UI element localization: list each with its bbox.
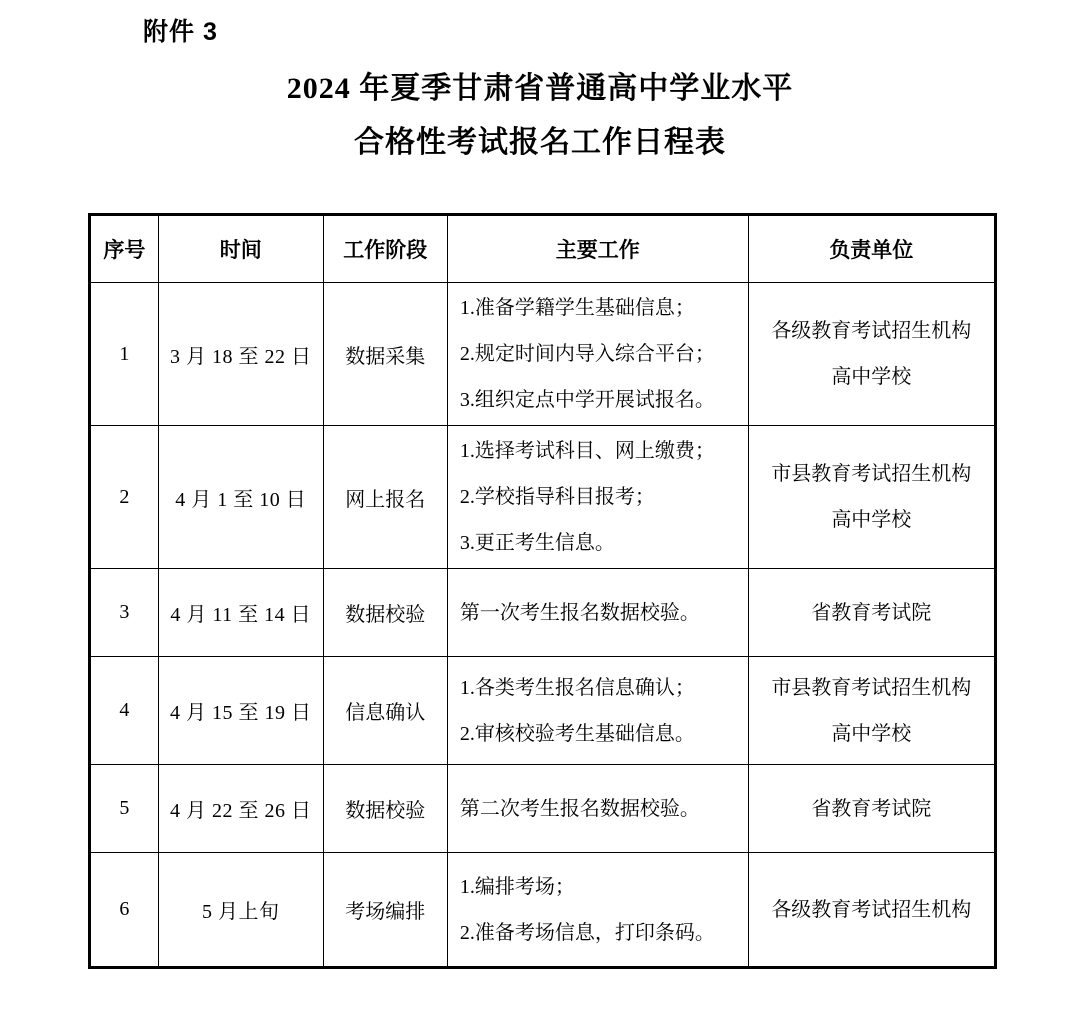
- unit-line: 省教育考试院: [753, 590, 990, 636]
- task-line: 3.组织定点中学开展试报名。: [460, 377, 742, 423]
- unit-line: 高中学校: [753, 497, 990, 543]
- cell-unit: 省教育考试院: [748, 765, 995, 853]
- cell-unit: 各级教育考试招生机构: [748, 853, 995, 968]
- cell-unit: 市县教育考试招生机构 高中学校: [748, 657, 995, 765]
- cell-time: 4 月 22 至 26 日: [158, 765, 323, 853]
- header-unit: 负责单位: [748, 215, 995, 283]
- table-header-row: 序号 时间 工作阶段 主要工作 负责单位: [90, 215, 996, 283]
- cell-number: 4: [90, 657, 159, 765]
- task-line: 2.学校指导科目报考；: [460, 474, 742, 520]
- cell-number: 6: [90, 853, 159, 968]
- attachment-label: 附件 3: [143, 12, 218, 48]
- task-line: 2.审核校验考生基础信息。: [460, 711, 742, 757]
- cell-stage: 信息确认: [323, 657, 447, 765]
- document-page: 附件 3 2024 年夏季甘肃省普通高中学业水平 合格性考试报名工作日程表 序号…: [0, 0, 1080, 1022]
- cell-number: 1: [90, 283, 159, 426]
- cell-unit: 各级教育考试招生机构 高中学校: [748, 283, 995, 426]
- task-line: 第一次考生报名数据校验。: [460, 590, 742, 636]
- document-title-line1: 2024 年夏季甘肃省普通高中学业水平: [0, 62, 1080, 116]
- cell-stage: 数据校验: [323, 765, 447, 853]
- document-title: 2024 年夏季甘肃省普通高中学业水平 合格性考试报名工作日程表: [0, 62, 1080, 170]
- unit-line: 高中学校: [753, 354, 990, 400]
- cell-stage: 考场编排: [323, 853, 447, 968]
- cell-time: 4 月 15 至 19 日: [158, 657, 323, 765]
- cell-main-work: 1.选择考试科目、网上缴费； 2.学校指导科目报考； 3.更正考生信息。: [447, 426, 748, 569]
- cell-main-work: 1.准备学籍学生基础信息； 2.规定时间内导入综合平台； 3.组织定点中学开展试…: [447, 283, 748, 426]
- document-title-line2: 合格性考试报名工作日程表: [0, 116, 1080, 170]
- table-row: 1 3 月 18 至 22 日 数据采集 1.准备学籍学生基础信息； 2.规定时…: [90, 283, 996, 426]
- cell-main-work: 第一次考生报名数据校验。: [447, 569, 748, 657]
- task-line: 第二次考生报名数据校验。: [460, 786, 742, 832]
- cell-time: 4 月 11 至 14 日: [158, 569, 323, 657]
- table-row: 5 4 月 22 至 26 日 数据校验 第二次考生报名数据校验。 省教育考试院: [90, 765, 996, 853]
- cell-main-work: 1.各类考生报名信息确认； 2.审核校验考生基础信息。: [447, 657, 748, 765]
- header-time: 时间: [158, 215, 323, 283]
- table-row: 6 5 月上旬 考场编排 1.编排考场； 2.准备考场信息，打印条码。 各级教育…: [90, 853, 996, 968]
- cell-time: 5 月上旬: [158, 853, 323, 968]
- task-line: 1.选择考试科目、网上缴费；: [460, 428, 742, 474]
- cell-time: 3 月 18 至 22 日: [158, 283, 323, 426]
- task-line: 1.各类考生报名信息确认；: [460, 665, 742, 711]
- unit-line: 市县教育考试招生机构: [753, 451, 990, 497]
- cell-unit: 省教育考试院: [748, 569, 995, 657]
- unit-line: 高中学校: [753, 711, 990, 757]
- cell-main-work: 1.编排考场； 2.准备考场信息，打印条码。: [447, 853, 748, 968]
- cell-stage: 数据采集: [323, 283, 447, 426]
- header-main-work: 主要工作: [447, 215, 748, 283]
- unit-line: 各级教育考试招生机构: [753, 887, 990, 933]
- header-stage: 工作阶段: [323, 215, 447, 283]
- cell-stage: 数据校验: [323, 569, 447, 657]
- task-line: 1.编排考场；: [460, 864, 742, 910]
- cell-number: 3: [90, 569, 159, 657]
- cell-main-work: 第二次考生报名数据校验。: [447, 765, 748, 853]
- task-line: 3.更正考生信息。: [460, 520, 742, 566]
- cell-number: 5: [90, 765, 159, 853]
- unit-line: 市县教育考试招生机构: [753, 665, 990, 711]
- table-row: 3 4 月 11 至 14 日 数据校验 第一次考生报名数据校验。 省教育考试院: [90, 569, 996, 657]
- unit-line: 省教育考试院: [753, 786, 990, 832]
- cell-number: 2: [90, 426, 159, 569]
- header-number: 序号: [90, 215, 159, 283]
- task-line: 1.准备学籍学生基础信息；: [460, 285, 742, 331]
- task-line: 2.准备考场信息，打印条码。: [460, 910, 742, 956]
- table-row: 4 4 月 15 至 19 日 信息确认 1.各类考生报名信息确认； 2.审核校…: [90, 657, 996, 765]
- cell-time: 4 月 1 至 10 日: [158, 426, 323, 569]
- table-row: 2 4 月 1 至 10 日 网上报名 1.选择考试科目、网上缴费； 2.学校指…: [90, 426, 996, 569]
- unit-line: 各级教育考试招生机构: [753, 308, 990, 354]
- schedule-table: 序号 时间 工作阶段 主要工作 负责单位 1 3 月 18 至 22 日 数据采…: [88, 213, 997, 969]
- cell-stage: 网上报名: [323, 426, 447, 569]
- task-line: 2.规定时间内导入综合平台；: [460, 331, 742, 377]
- cell-unit: 市县教育考试招生机构 高中学校: [748, 426, 995, 569]
